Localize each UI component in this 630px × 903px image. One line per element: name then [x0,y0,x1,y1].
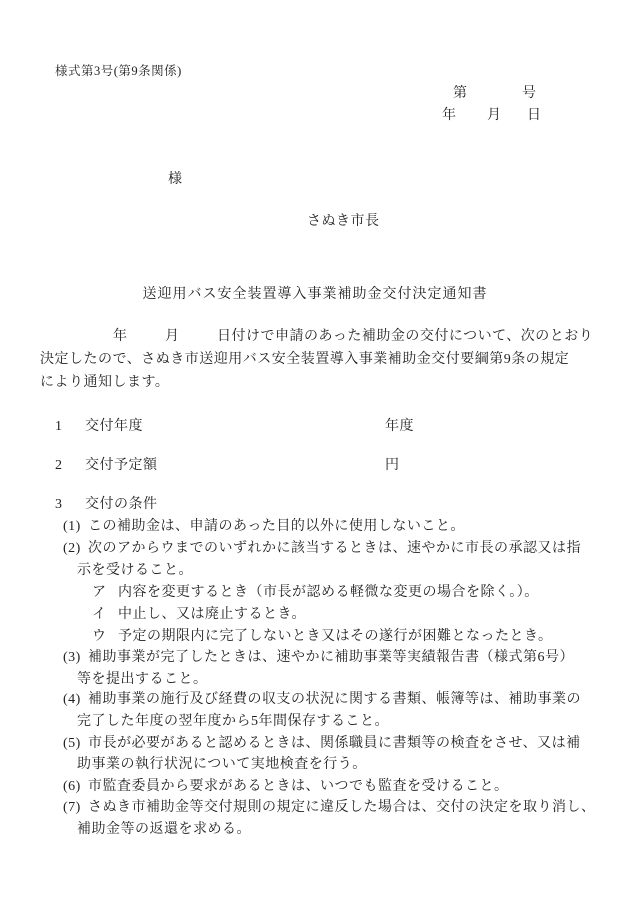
condition-marker: イ [92,606,118,623]
condition-marker: ア [92,584,118,601]
condition-text: 補助事業の施行及び経費の収支の状況に関する書類、帳簿等は、補助事業の [88,692,581,707]
condition-line-continued: 示を受けること。 [77,562,193,579]
condition-text: 内容を変更するとき（市長が認める軽微な変更の場合を除く。）。 [118,585,539,600]
document-page: 様式第3号(第9条関係) 第 号 年 月 日 様 さぬき市長 送迎用バス安全装置… [0,0,630,903]
item-planned-amount-unit: 円 [385,457,400,474]
intro-year-label: 年 [113,328,128,345]
condition-text: 市監査委員から要求があるときは、いつでも監査を受けること。 [88,779,509,794]
condition-text: 市長が必要があると認めるときは、関係職員に書類等の検査をさせ、又は補 [88,736,581,751]
reference-number-prefix: 第 [453,85,468,102]
condition-text: 完了した年度の翌年度から5年間保存すること。 [77,714,389,729]
condition-subline: ウ予定の期限内に完了しないとき又はその遂行が困難となったとき。 [92,628,552,645]
item-number: 2 [55,457,85,474]
condition-marker: (7) [63,799,88,816]
condition-marker: (4) [63,691,88,708]
item-label: 交付の条件 [85,497,158,512]
condition-text: 等を提出すること。 [77,672,208,687]
intro-line2: 決定したので、さぬき市送迎用バス安全装置導入事業補助金交付要綱第9条の規定 [40,351,569,368]
item-grant-year: 1交付年度 [55,418,143,435]
condition-subline: ア内容を変更するとき（市長が認める軽微な変更の場合を除く。）。 [92,584,539,601]
sender-name: さぬき市長 [307,213,380,230]
condition-text: 示を受けること。 [77,563,193,578]
intro-line1: 日付けで申請のあった補助金の交付について、次のとおり [217,328,593,345]
form-number: 様式第3号(第9条関係) [55,63,182,80]
condition-marker: (2) [63,540,88,557]
item-planned-amount: 2交付予定額 [55,457,158,474]
condition-text: さぬき市補助金等交付規則の規定に違反した場合は、交付の決定を取り消し、 [88,800,596,815]
condition-marker: (1) [63,518,88,535]
condition-marker: (6) [63,778,88,795]
condition-text: 補助金等の返還を求める。 [77,822,251,837]
item-number: 1 [55,418,85,435]
item-number: 3 [55,496,85,513]
condition-text: この補助金は、申請のあった目的以外に使用しないこと。 [88,519,465,534]
date-year-label: 年 [442,107,457,124]
condition-marker: ウ [92,628,118,645]
item-label: 交付年度 [85,419,143,434]
reference-number-suffix: 号 [522,85,537,102]
condition-line: (3)補助事業が完了したときは、速やかに補助事業等実績報告書（様式第6号） [63,649,574,666]
condition-line-continued: 補助金等の返還を求める。 [77,821,251,838]
condition-subline: イ中止し、又は廃止するとき。 [92,606,306,623]
condition-line: (5)市長が必要があると認めるときは、関係職員に書類等の検査をさせ、又は補 [63,735,581,752]
condition-line: (6)市監査委員から要求があるときは、いつでも監査を受けること。 [63,778,509,795]
document-title: 送迎用バス安全装置導入事業補助金交付決定通知書 [0,286,630,303]
intro-month-label: 月 [165,328,180,345]
condition-marker: (3) [63,649,88,666]
item-grant-conditions: 3交付の条件 [55,496,158,513]
condition-line: (4)補助事業の施行及び経費の収支の状況に関する書類、帳簿等は、補助事業の [63,691,581,708]
condition-text: 補助事業が完了したときは、速やかに補助事業等実績報告書（様式第6号） [88,650,574,665]
intro-line3: により通知します。 [40,374,169,391]
addressee-honorific: 様 [168,171,183,188]
condition-text: 予定の期限内に完了しないとき又はその遂行が困難となったとき。 [118,629,552,644]
date-month-label: 月 [487,107,502,124]
condition-line: (7)さぬき市補助金等交付規則の規定に違反した場合は、交付の決定を取り消し、 [63,799,596,816]
item-grant-year-unit: 年度 [385,418,414,435]
condition-text: 助事業の執行状況について実地検査を行う。 [77,757,367,772]
condition-marker: (5) [63,735,88,752]
condition-line: (2)次のアからウまでのいずれかに該当するときは、速やかに市長の承認又は指 [63,540,581,557]
item-label: 交付予定額 [85,458,158,473]
condition-text: 中止し、又は廃止するとき。 [118,607,306,622]
condition-text: 次のアからウまでのいずれかに該当するときは、速やかに市長の承認又は指 [88,541,581,556]
condition-line-continued: 完了した年度の翌年度から5年間保存すること。 [77,713,389,730]
date-day-label: 日 [527,107,542,124]
condition-line-continued: 等を提出すること。 [77,671,208,688]
condition-line: (1)この補助金は、申請のあった目的以外に使用しないこと。 [63,518,465,535]
condition-line-continued: 助事業の執行状況について実地検査を行う。 [77,756,367,773]
